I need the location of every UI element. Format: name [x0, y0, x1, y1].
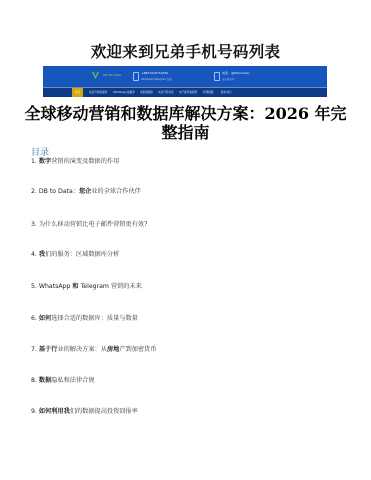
- nav-email-db[interactable]: 电子邮件数据库: [179, 88, 197, 97]
- phone-number[interactable]: +8801918754550: [141, 71, 168, 75]
- nav-whatsapp-db[interactable]: WhatsApp 数据库: [113, 88, 135, 97]
- nav-contact[interactable]: 联系我们: [221, 88, 231, 97]
- toc-bold-text: 基于行: [39, 346, 58, 353]
- logo-text: DB TO DATA: [103, 73, 121, 77]
- telegram-subtitle: 全天候支持: [222, 77, 235, 81]
- nav-special-data[interactable]: 特殊数据: [203, 88, 213, 97]
- toc-bold-text: 数据: [39, 377, 51, 384]
- toc-text: 业的全球合作伙伴: [91, 188, 141, 195]
- toc-prefix: DB to Data：: [39, 188, 79, 195]
- toc-bold-text: 您企: [79, 188, 91, 195]
- phone-subtitle: WhatsApp/Telegram 在线: [141, 77, 172, 81]
- telegram-icon: [214, 72, 220, 81]
- nav-telegram-db[interactable]: 电报数据库: [140, 88, 153, 97]
- toc-item-2[interactable]: 2. DB to Data：您企业的全球合作伙伴: [31, 186, 141, 195]
- toc-item-5[interactable]: 5. WhatsApp 和 Telegram 营销的未来: [31, 281, 142, 290]
- telegram-label[interactable]: 电报：@Dbtodatac: [222, 71, 250, 75]
- nav-bar: 首页 电话号码数据库 WhatsApp 数据库 电报数据库 电话号码列表 电子邮…: [43, 88, 327, 97]
- toc-item-4[interactable]: 4. 我们的服务：区域数据库分析: [31, 249, 119, 258]
- toc-number: 5.: [31, 283, 37, 290]
- phone-icon: [133, 72, 139, 81]
- toc-number: 1.: [31, 158, 37, 165]
- document-heading: 全球移动营销和数据库解决方案：2026 年完整指南: [20, 104, 351, 142]
- toc-number: 9.: [31, 408, 37, 415]
- toc-text: 营销的演变及数据的作用: [51, 158, 119, 165]
- toc-bold-text-2: 房地: [107, 346, 119, 353]
- toc-item-1[interactable]: 1. 数字营销的演变及数据的作用: [31, 156, 119, 165]
- site-header-banner: DB TO DATA +8801918754550 WhatsApp/Teleg…: [43, 66, 327, 97]
- toc-text: 营销的未来: [111, 283, 142, 290]
- nav-home[interactable]: 首页: [72, 88, 83, 97]
- nav-phone-db[interactable]: 电话号码数据库: [89, 88, 107, 97]
- toc-text: 们的数据提高投资回报率: [70, 408, 138, 415]
- toc-number: 7.: [31, 346, 37, 353]
- nav-phone-list[interactable]: 电话号码列表: [158, 88, 174, 97]
- toc-number: 6.: [31, 315, 37, 322]
- toc-item-6[interactable]: 6. 如何选择合适的数据库：质量与数量: [31, 313, 138, 322]
- toc-bold-text: 如何: [39, 315, 51, 322]
- toc-item-7[interactable]: 7. 基于行业的解决方案：从房地产到加密货币: [31, 344, 156, 353]
- toc-item-3[interactable]: 3. 为什么移动营销比电子邮件营销更有效?: [31, 219, 147, 228]
- banner-top-bar: DB TO DATA +8801918754550 WhatsApp/Teleg…: [43, 66, 327, 88]
- toc-item-8[interactable]: 8. 数据隐私和法律合规: [31, 375, 95, 384]
- toc-item-9[interactable]: 9. 如何利用我们的数据提高投资回报率: [31, 406, 138, 415]
- toc-text-latin: Telegram: [79, 283, 111, 290]
- toc-number: 8.: [31, 377, 37, 384]
- toc-text: 为什么移动营销比电子邮件营销更有效?: [39, 221, 148, 228]
- toc-number: 2.: [31, 188, 37, 195]
- toc-text-2: 产到加密货币: [119, 346, 156, 353]
- toc-number: 4.: [31, 251, 37, 258]
- toc-text: 隐私和法律合规: [51, 377, 94, 384]
- toc-number: 3.: [31, 221, 37, 228]
- toc-prefix: WhatsApp: [39, 283, 73, 290]
- logo-icon: [91, 71, 100, 80]
- toc-text: 选择合适的数据库：质量与数量: [51, 315, 138, 322]
- toc-text: 业的解决方案：从: [57, 346, 107, 353]
- toc-text: 们的服务：区域数据库分析: [45, 251, 119, 258]
- toc-bold-text: 数字: [39, 158, 51, 165]
- toc-bold-text: 如何利用我: [39, 408, 70, 415]
- page-title: 欢迎来到兄弟手机号码列表: [0, 40, 371, 62]
